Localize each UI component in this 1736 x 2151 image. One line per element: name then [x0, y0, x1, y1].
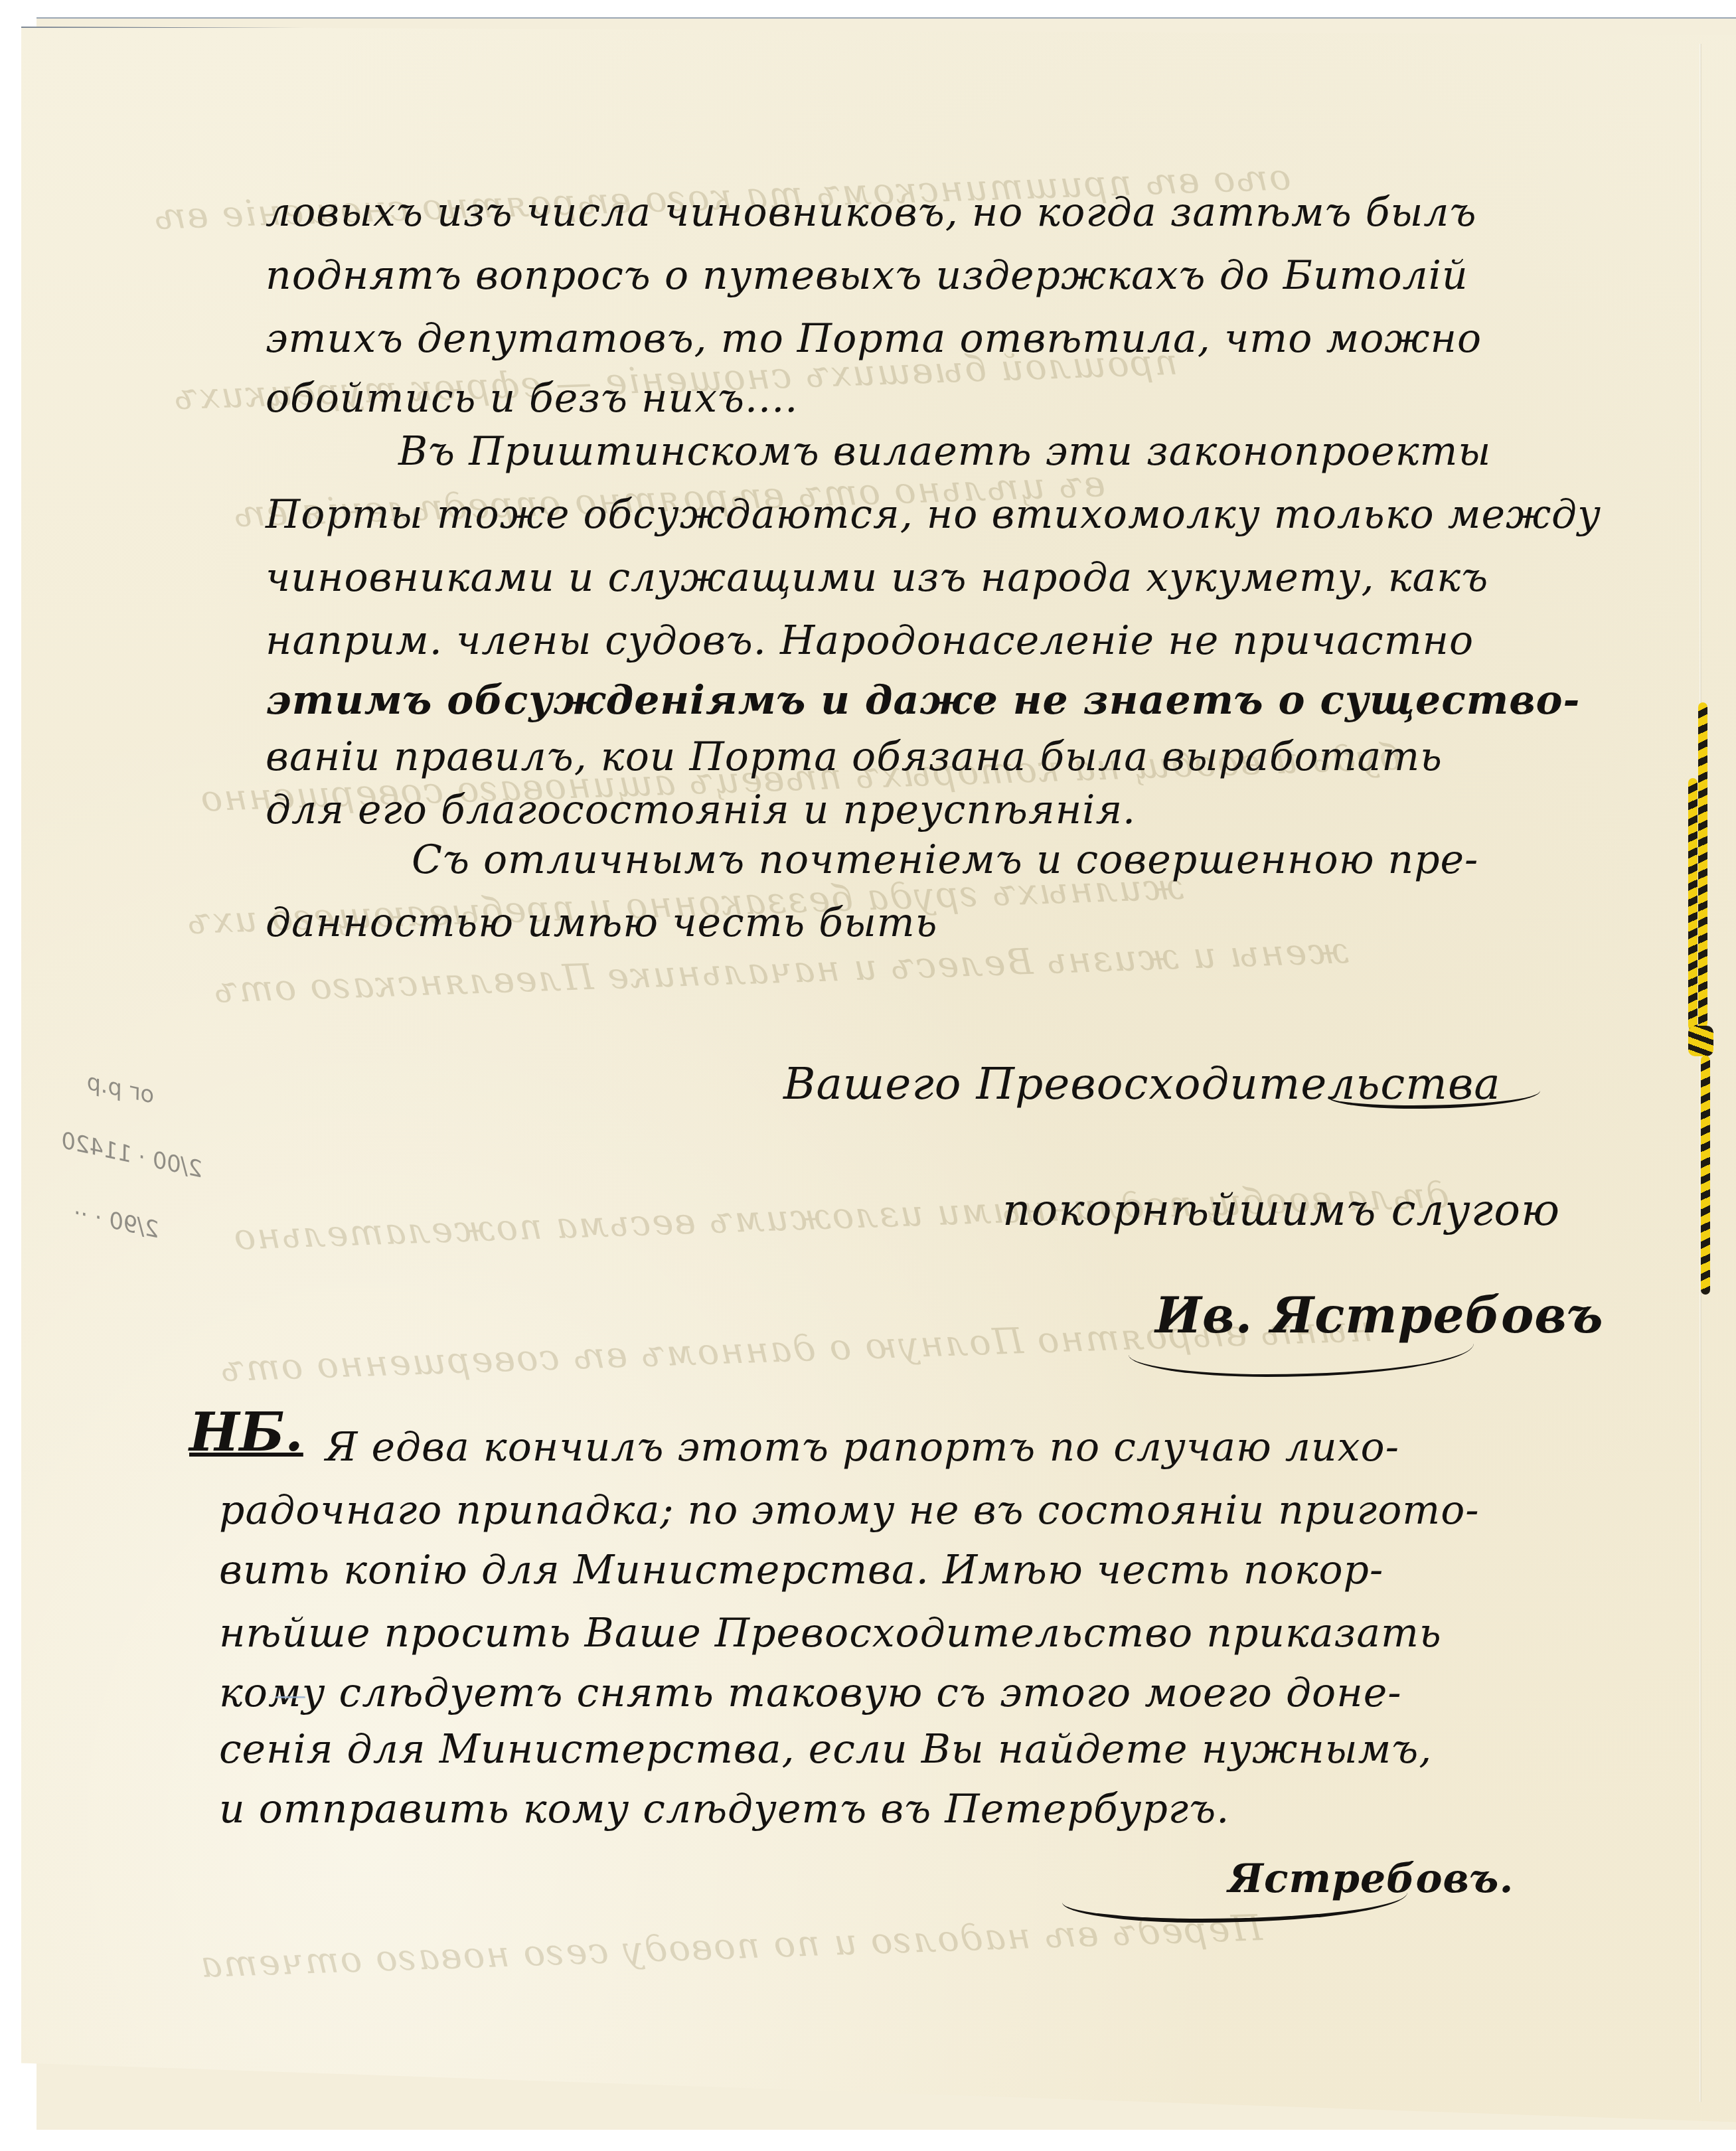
body-line: поднятъ вопросъ о путевыхъ издержкахъ до…: [266, 256, 1468, 295]
body-line: этимъ обсужденіямъ и даже не знаетъ о су…: [266, 680, 1581, 720]
postscript-line: вить копію для Министерства. Имѣю честь …: [219, 1550, 1383, 1590]
body-line: Въ Приштинскомъ вилаетѣ эти законопроект…: [398, 432, 1491, 471]
body-line: ваніи правилъ, кои Порта обязана была вы…: [266, 737, 1443, 777]
body-line: этихъ депутатовъ, то Порта отвѣтила, что…: [266, 319, 1482, 358]
body-line: Порты тоже обсуждаются, но втихомолку то…: [266, 495, 1601, 534]
body-line: ловыхъ изъ числа чиновниковъ, но когда з…: [266, 193, 1476, 232]
blue-pencil-mark: [276, 1696, 305, 1698]
body-line: данностью имѣю честь быть: [266, 903, 937, 943]
postscript-line: Я едва кончилъ этотъ рапортъ по случаю л…: [325, 1427, 1399, 1467]
postscript-line: кому слѣдуетъ снять таковую съ этого мое…: [219, 1673, 1402, 1713]
binding-cord: [1688, 778, 1697, 1030]
body-line: для его благосостоянія и преуспѣянія.: [266, 790, 1136, 830]
postscript-line: нѣйше просить Ваше Превосходительство пр…: [219, 1613, 1442, 1653]
postscript-line: радочнаго припадка; по этому не въ состо…: [219, 1490, 1480, 1530]
body-line: обойтись и безъ нихъ....: [266, 378, 798, 418]
postscript-line: и отправить кому слѣдуетъ въ Петербургъ.: [219, 1789, 1229, 1829]
binding-cord: [1701, 1056, 1710, 1295]
closing-servant-line: покорнѣйшимъ слугою: [1002, 1188, 1560, 1232]
body-line: Съ отличнымъ почтеніемъ и совершенною пр…: [412, 840, 1478, 880]
body-line: наприм. члены судовъ. Народонаселеніе не…: [266, 621, 1474, 661]
postscript-marker: НБ.: [189, 1401, 303, 1463]
postscript-line: сенія для Министерства, если Вы найдете …: [219, 1729, 1432, 1769]
body-line: чиновниками и служащими изъ народа хукум…: [266, 558, 1488, 597]
binding-cord: [1698, 702, 1707, 1028]
binding-cord-knot: [1688, 1026, 1713, 1056]
